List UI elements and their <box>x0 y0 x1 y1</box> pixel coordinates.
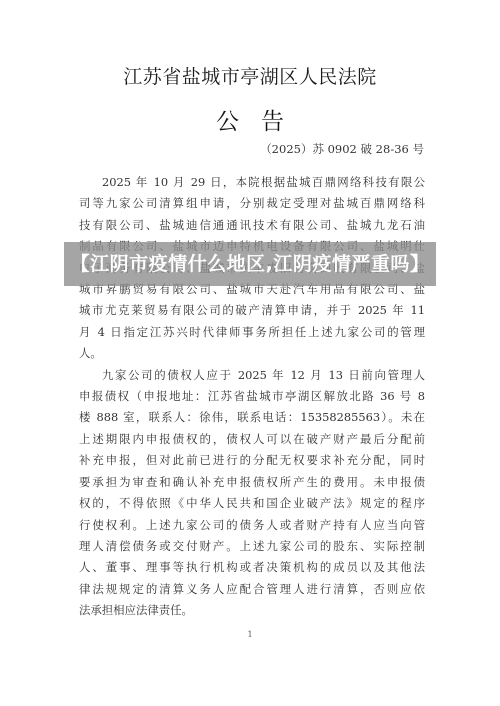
text-line: 行使权利。上述九家公司的债务人或者财产持有人应当向管 <box>79 515 425 536</box>
overlay-banner: 【江阴市疫情什么地区,江阴疫情严重吗】 <box>64 242 436 286</box>
text-line: 律法规规定的清算义务人应配合管理人进行清算，否则应依 <box>79 579 425 600</box>
text-line: 要承担为审查和确认补充申报债权所产生的费用。未申报债 <box>79 472 425 493</box>
text-line: 补充申报，但对此前已进行的分配无权要求补充分配，同时 <box>79 450 425 471</box>
paragraph-2: 九家公司的债权人应于 2025 年 12 月 13 日前向管理人 申报债权（申报… <box>79 365 425 622</box>
case-number: （2025）苏 0902 破 28-36 号 <box>260 141 424 157</box>
text-line: 理人清偿债务或交付财产。上述九家公司的股东、实际控制 <box>79 536 425 557</box>
text-line: 申报债权（申报地址：江苏省盐城市亭湖区解放北路 36 号 8 <box>79 386 425 407</box>
text-line: 技有限公司、盐城迪信通通讯技术有限公司、盐城九龙石油 <box>79 215 425 236</box>
text-line: 上述期限内申报债权的，债权人可以在破产财产最后分配前 <box>79 429 425 450</box>
document-title: 公告 <box>0 103 500 136</box>
text-line: 法承担相应法律责任。 <box>79 600 425 621</box>
text-line: 司等九家公司清算组申请，分别裁定受理对盐城百鼎网络科 <box>79 193 425 214</box>
text-line: 月 4 日指定江苏兴时代律师事务所担任上述九家公司的管理 <box>79 322 425 343</box>
banner-title: 【江阴市疫情什么地区,江阴疫情严重吗】 <box>70 254 430 275</box>
court-title: 江苏省盐城市亭湖区人民法院 <box>0 62 500 89</box>
text-line: 九家公司的债权人应于 2025 年 12 月 13 日前向管理人 <box>79 365 425 386</box>
text-line: 城市尤克莱贸易有限公司的破产清算申请，并于 2025 年 11 <box>79 300 425 321</box>
text-line: 楼 888 室，联系人：徐伟，联系电话：15358285563）。未在 <box>79 407 425 428</box>
text-line: 人。 <box>79 343 425 364</box>
text-line: 2025 年 10 月 29 日，本院根据盐城百鼎网络科技有限公 <box>79 172 425 193</box>
document-body: 2025 年 10 月 29 日，本院根据盐城百鼎网络科技有限公 司等九家公司清… <box>79 172 425 622</box>
page-number: 1 <box>0 630 500 639</box>
text-line: 人、董事、理事等执行机构或者决策机构的成员以及其他法 <box>79 557 425 578</box>
document-page: 江苏省盐城市亭湖区人民法院 公告 （2025）苏 0902 破 28-36 号 … <box>0 0 500 706</box>
text-line: 权的，不得依照《中华人民共和国企业破产法》规定的程序 <box>79 493 425 514</box>
